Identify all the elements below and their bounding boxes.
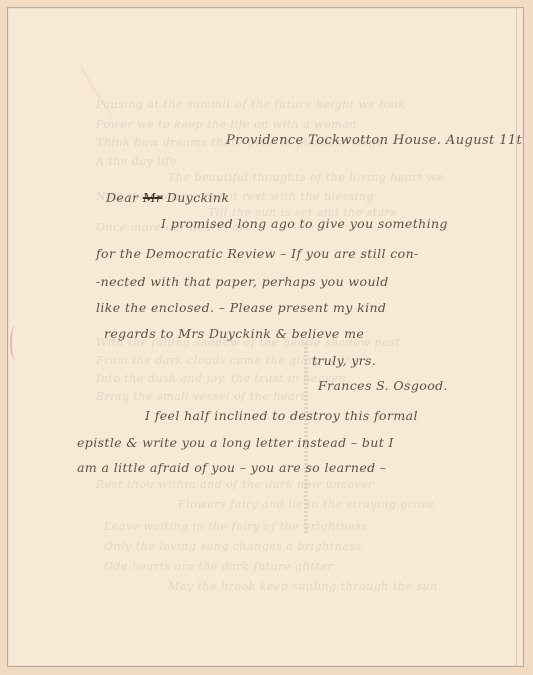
- bleed-through-line: Into the dusk and joy, the trust in heav…: [96, 372, 346, 385]
- salutation-prefix: Dear: [106, 190, 138, 205]
- page-edge-line: [516, 8, 517, 666]
- bleed-through-line: A the day life: [96, 155, 177, 168]
- bleed-through-line: The beautiful thoughts of the loving hea…: [168, 171, 444, 184]
- letter-page: Pausing at the summit of the future heig…: [7, 7, 524, 667]
- bleed-through-line: Power we to keep the life on with a woma…: [96, 118, 357, 131]
- bleed-through-line: Only the loving song changes a brightnes…: [104, 540, 362, 553]
- body-line: -nected with that paper, perhaps you wou…: [96, 274, 389, 289]
- body-line: regards to Mrs Duyckink & believe me: [104, 326, 364, 341]
- postscript-line: epistle & write you a long letter instea…: [77, 435, 394, 450]
- closing: truly, yrs.: [312, 353, 376, 368]
- salutation-name: Duyckink: [167, 190, 230, 205]
- bleed-through-line: Pausing at the summit of the future heig…: [96, 98, 405, 111]
- dateline: Providence Tockwotton House. August 11th: [226, 133, 524, 148]
- postscript-line: am a little afraid of you – you are so l…: [77, 460, 387, 475]
- body-line: like the enclosed. – Please present my k…: [96, 300, 386, 315]
- bleed-through-line: Leave waiting in the fairy of the bright…: [104, 520, 367, 533]
- bleed-through-line: May the brook keep smiling through the s…: [168, 580, 438, 593]
- body-line: I promised long ago to give you somethin…: [161, 216, 448, 231]
- scan-background: Pausing at the summit of the future heig…: [0, 0, 533, 675]
- salutation: Dear Mr Duyckink: [106, 190, 229, 205]
- bleed-through-line: Flowers fairy and lie in the straying gr…: [178, 498, 434, 511]
- bleed-through-line: Ode hearts are the dark future glitter: [104, 560, 333, 573]
- body-line: for the Democratic Review – If you are s…: [96, 246, 419, 261]
- salutation-struck-word: Mr: [143, 190, 163, 205]
- signature: Frances S. Osgood.: [318, 378, 448, 393]
- paper-stain: [10, 326, 20, 360]
- postscript-line: I feel half inclined to destroy this for…: [145, 408, 418, 423]
- paper-crease: [80, 67, 113, 119]
- bleed-through-line: Rest thou within and of the dark now unc…: [96, 478, 374, 491]
- bleed-through-line: Bring the small vessel of the heart: [96, 390, 306, 403]
